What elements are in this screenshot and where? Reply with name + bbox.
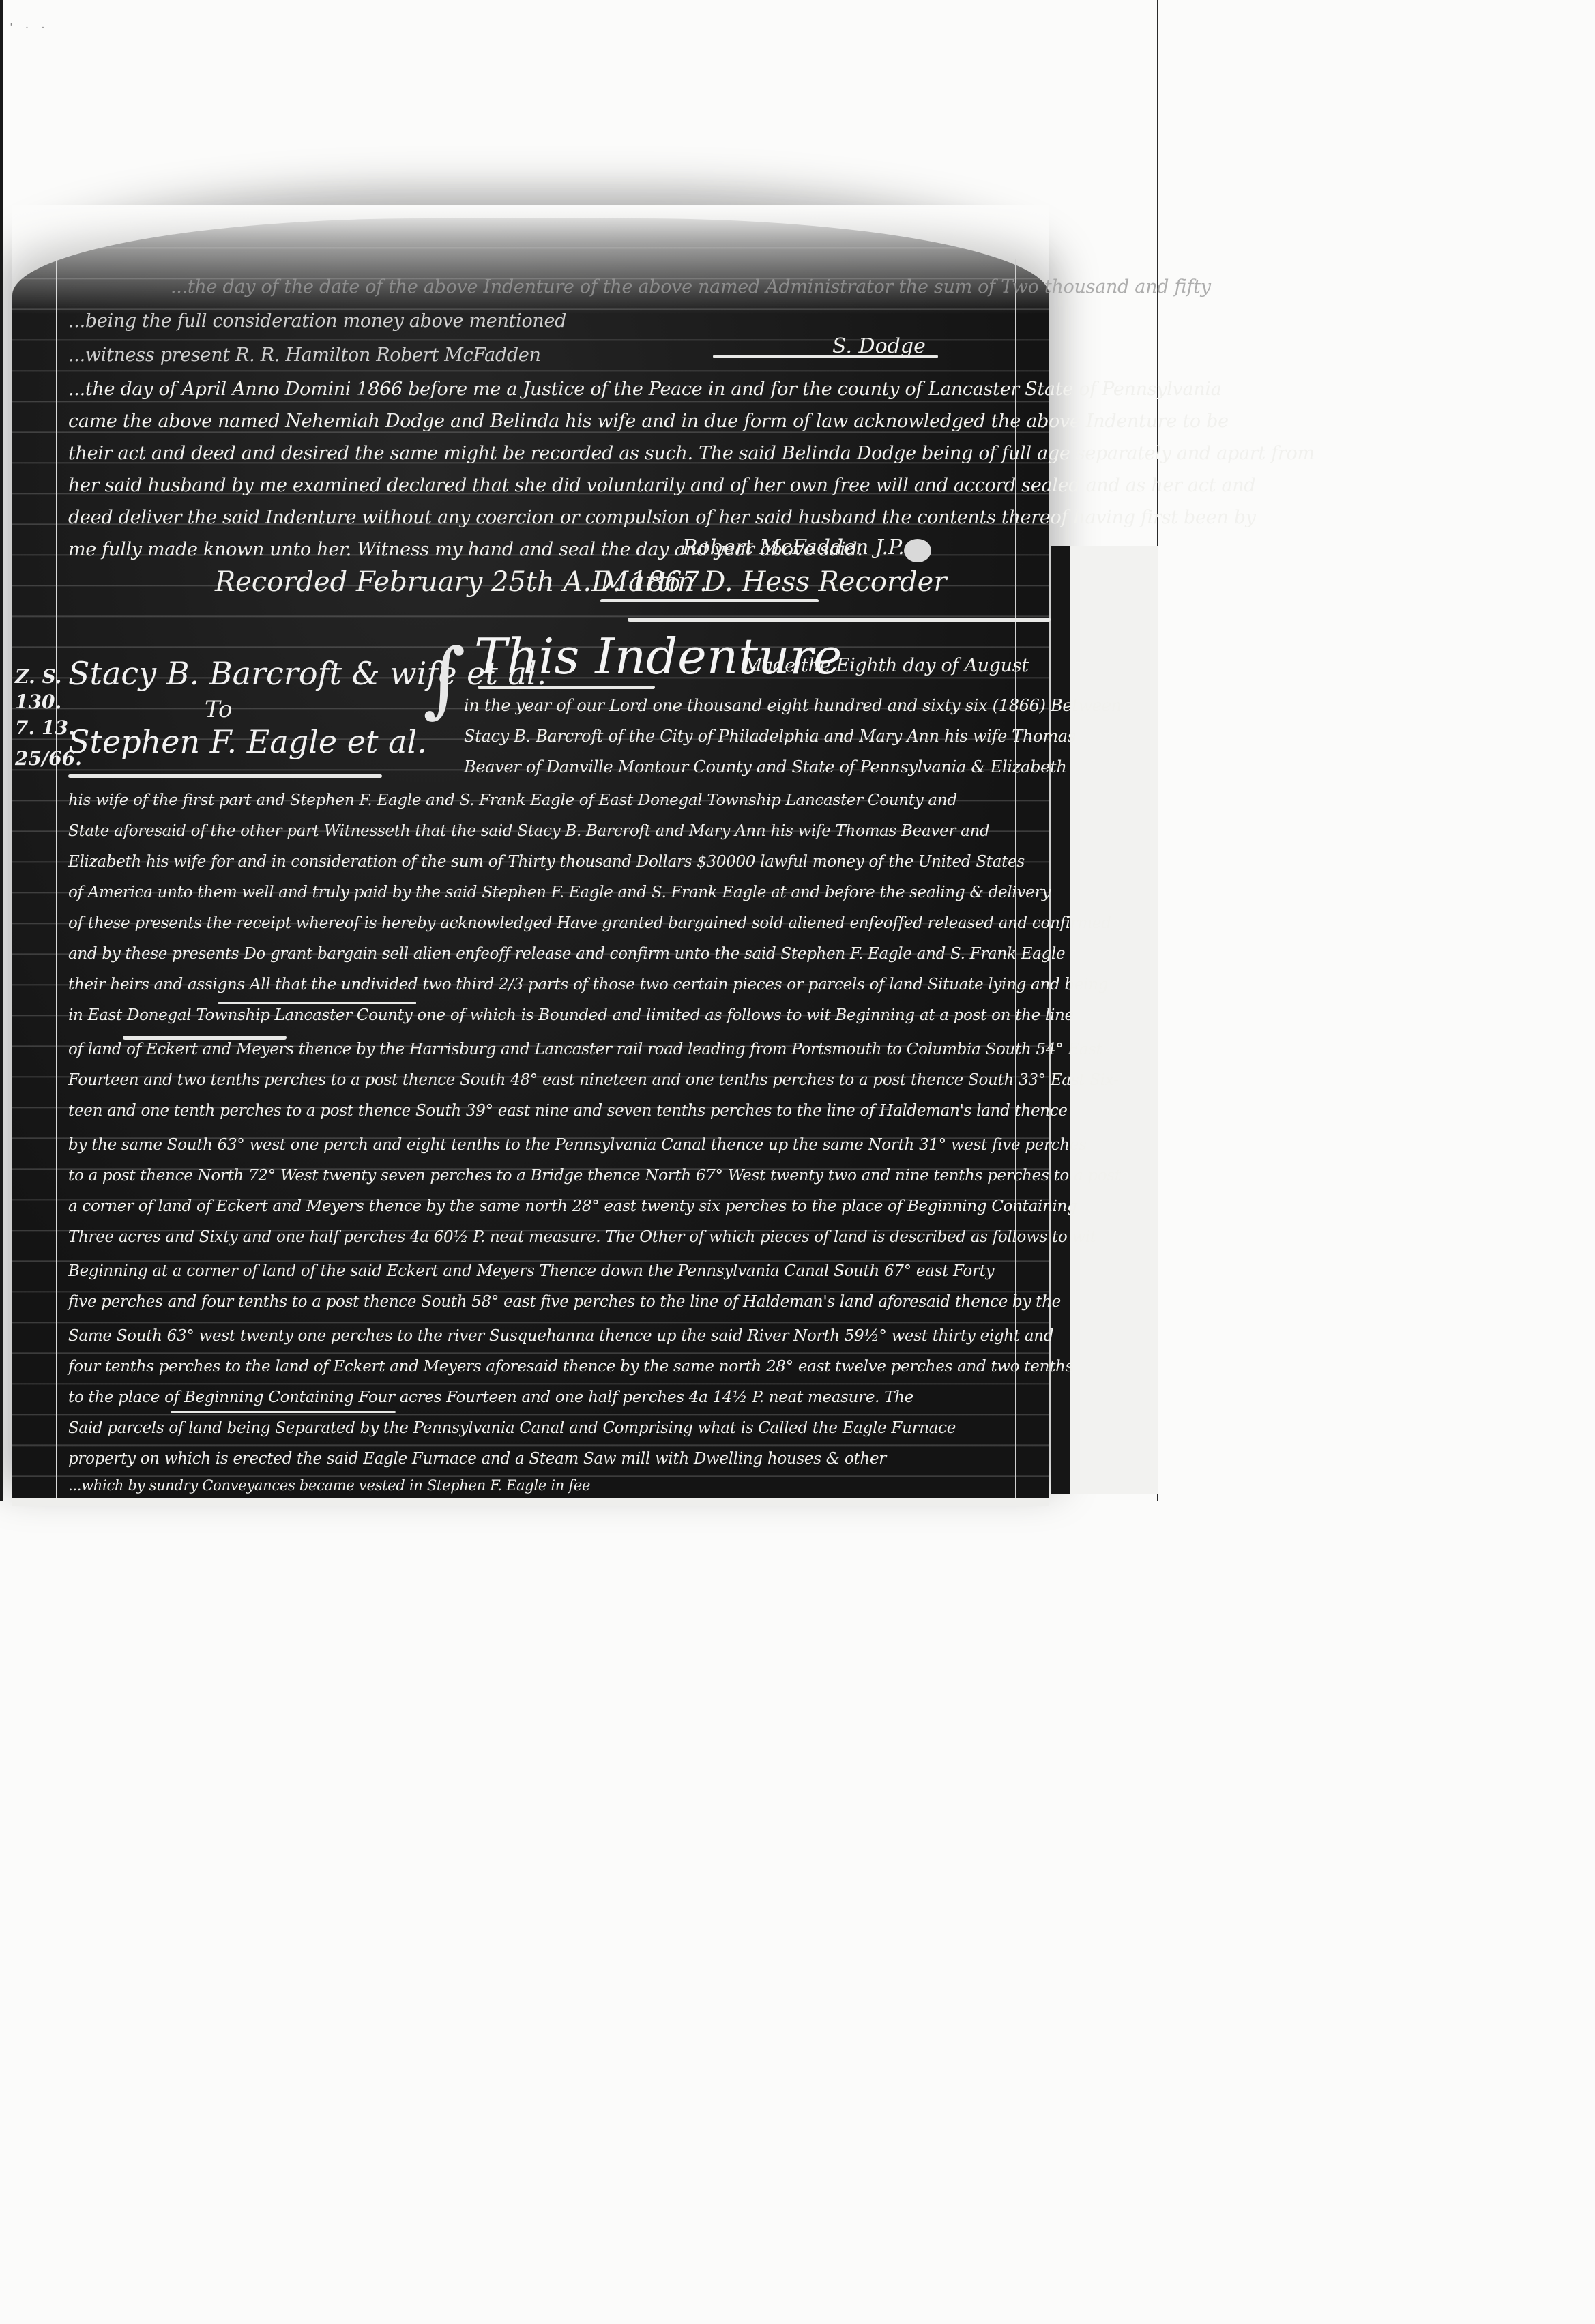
body-line-16: to a post thence North 72° West twenty s… [68,1167,1121,1185]
top-line-8: deed deliver the said Indenture without … [68,507,1256,528]
scan-top-fade [12,205,1049,314]
margin-note-3: 7. 13. [15,716,75,739]
body-line-12: of land of Eckert and Meyers thence by t… [68,1041,1102,1058]
top-line-7: her said husband by me examined declared… [68,475,1255,496]
left-margin-rule [56,259,57,1501]
body-line-19: Beginning at a corner of land of the sai… [68,1262,994,1280]
body-line-20: five perches and four tenths to a post t… [68,1293,1061,1311]
top-line-6: their act and deed and desired the same … [68,443,1315,464]
body-line-24: Said parcels of land being Separated by … [68,1419,956,1437]
body-line-13: Fourteen and two tenths perches to a pos… [68,1071,1118,1089]
top-line-5: came the above named Nehemiah Dodge and … [68,411,1229,432]
margin-note-2: 130. [15,691,61,713]
top-line-4: ...the day of April Anno Domini 1866 bef… [68,379,1222,400]
beginning-underline [171,1411,396,1413]
body-line-23: to the place of Beginning Containing Fou… [68,1389,913,1406]
body-line-17: a corner of land of Eckert and Meyers th… [68,1197,1077,1215]
body-line-2: Stacy B. Barcroft of the City of Philade… [464,727,1076,746]
parties-to: To [205,696,233,723]
body-line-3: Beaver of Danville Montour County and St… [464,757,1067,776]
top-line-2: ...being the full consideration money ab… [68,310,566,332]
recorder-signature: Martin D. Hess Recorder [600,566,946,598]
parties-divider [68,774,382,778]
body-line-8: of these presents the receipt whereof is… [68,914,1111,932]
section-divider [628,618,1051,622]
margin-note-1: Z. S. [15,665,61,688]
notary-seal-icon [904,539,931,562]
body-line-25: property on which is erected the said Ea… [68,1450,886,1468]
scan-marks: ' · · [10,20,49,35]
all-that-underline [218,1002,416,1004]
recorder-underline [600,599,819,602]
grantee-name: Stephen F. Eagle et al. [68,723,427,760]
body-line-22: four tenths perches to the land of Ecker… [68,1358,1073,1376]
body-line-4: his wife of the first part and Stephen F… [68,791,957,809]
scan-right-margin [1070,546,1158,1494]
body-line-5: State aforesaid of the other part Witnes… [68,822,989,840]
body-line-6: Elizabeth his wife for and in considerat… [68,853,1025,871]
flourish-ornament-icon: ∫ [423,655,466,704]
signature-underline [713,355,938,358]
top-line-1: ...the day of the date of the above Inde… [171,276,1211,297]
title-underline [478,686,655,689]
body-line-0: Made the Eighth day of August [744,655,1029,676]
body-line-21: Same South 63° west twenty one perches t… [68,1327,1053,1345]
body-line-9: and by these presents Do grant bargain s… [68,945,1065,963]
body-line-7: of America unto them well and truly paid… [68,884,1051,901]
body-line-26: ...which by sundry Conveyances became ve… [68,1477,590,1494]
justice-signature: Robert McFadden J.P. [682,536,905,560]
scan-bottom-edge [12,1498,1049,1506]
township-underline [123,1036,287,1040]
body-line-18: Three acres and Sixty and one half perch… [68,1228,1096,1246]
body-line-11: in East Donegal Township Lancaster Count… [68,1006,1074,1024]
body-line-14: teen and one tenth perches to a post the… [68,1102,1068,1120]
body-line-10: their heirs and assigns All that the und… [68,976,1108,993]
body-line-1: in the year of our Lord one thousand eig… [464,696,1122,715]
body-line-15: by the same South 63° west one perch and… [68,1136,1087,1154]
top-line-3: ...witness present R. R. Hamilton Robert… [68,345,541,366]
